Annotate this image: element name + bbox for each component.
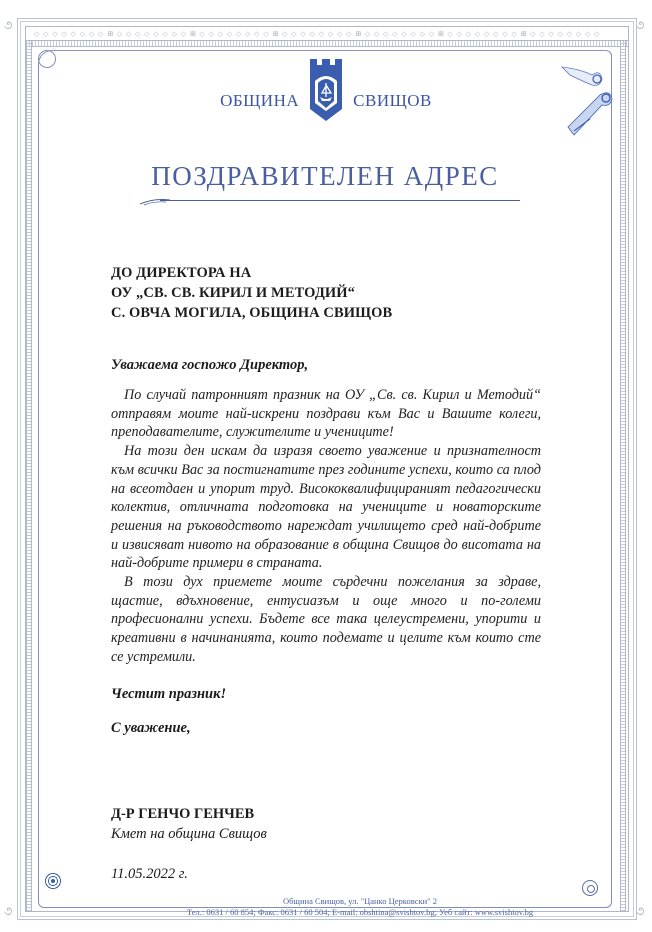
document-title-block: ПОЗДРАВИТЕЛЕН АДРЕС	[130, 158, 520, 203]
body-line: колектив, отличната подготовка на учениц…	[111, 498, 541, 517]
title-underline	[160, 200, 520, 201]
outer-swirl-icon: ૭	[636, 904, 644, 919]
letter-body: По случай патронният празник на ОУ „Св. …	[111, 386, 541, 667]
address-line: С. ОВЧА МОГИЛА, ОБЩИНА СВИЩОВ	[111, 303, 511, 323]
municipality-header: ОБЩИНА СВИЩОВ	[0, 55, 652, 125]
body-line: към всички Вас за постигнатите през годи…	[111, 461, 541, 480]
body-line: щастие, вдъхновение, ентусиазъм и още мн…	[111, 592, 541, 611]
body-line: преподавателите, служителите и учениците…	[111, 423, 541, 442]
address-line: ДО ДИРЕКТОРА НА	[111, 263, 511, 283]
left-dotted-rail	[26, 41, 32, 911]
top-dotted-rail	[26, 41, 628, 47]
body-line: най-добрите примери в страната.	[111, 554, 541, 573]
body-line: решения на ръководството нареждат училищ…	[111, 517, 541, 536]
body-line: и извисяват нивото на образование в общи…	[111, 536, 541, 555]
body-line: отправям моите най-искрени поздрави към …	[111, 405, 541, 424]
letter-date: 11.05.2022 г.	[111, 866, 188, 883]
body-line: креативни в начинанията, които подемате …	[111, 629, 541, 648]
body-line: На този ден искам да изразя своето уваже…	[111, 442, 541, 461]
body-line: на всеотдаен и упорит труд. Висококвалиф…	[111, 480, 541, 499]
salutation: Уважаема госпожо Директор,	[111, 357, 308, 374]
body-line: се устремили.	[111, 648, 541, 667]
signer-role: Кмет на община Свищов	[111, 826, 267, 843]
header-left-word: ОБЩИНА	[220, 91, 299, 111]
footer-address: Община Свищов, ул. "Цанко Церковски" 2	[100, 896, 620, 907]
top-ornament-strip: ◇ ◇ ◇ ◇ ◇ ◇ ◇ ◇ ⊞ ◇ ◇ ◇ ◇ ◇ ◇ ◇ ◇ ⊞ ◇ ◇ …	[26, 27, 628, 41]
header-right-word: СВИЩОВ	[353, 91, 432, 111]
footer-contacts: Тел.: 0631 / 60 854; Факс: 0631 / 60 504…	[100, 907, 620, 918]
outer-swirl-icon: ૭	[636, 18, 644, 33]
closing-regards: С уважение,	[111, 720, 191, 737]
outer-swirl-icon: ૭	[4, 18, 12, 33]
bottom-left-spiral-icon	[44, 872, 62, 890]
body-line: По случай патронният празник на ОУ „Св. …	[111, 386, 541, 405]
coat-of-arms-icon	[309, 59, 343, 121]
right-dotted-rail	[620, 41, 626, 911]
address-line: ОУ „СВ. СВ. КИРИЛ И МЕТОДИЙ“	[111, 283, 511, 303]
recipient-address: ДО ДИРЕКТОРА НА ОУ „СВ. СВ. КИРИЛ И МЕТО…	[111, 263, 511, 323]
signer-name: Д-Р ГЕНЧО ГЕНЧЕВ	[111, 806, 254, 823]
outer-swirl-icon: ૭	[4, 904, 12, 919]
contact-footer: Община Свищов, ул. "Цанко Церковски" 2 Т…	[100, 896, 620, 918]
title-swoosh-icon	[140, 196, 170, 206]
closing-greeting: Честит празник!	[111, 686, 226, 703]
document-title: ПОЗДРАВИТЕЛЕН АДРЕС	[130, 158, 520, 194]
body-line: професионални успехи. Бъдете все така це…	[111, 610, 541, 629]
bottom-right-spiral-icon	[582, 880, 598, 896]
body-line: В този дух приемете моите сърдечни пожел…	[111, 573, 541, 592]
